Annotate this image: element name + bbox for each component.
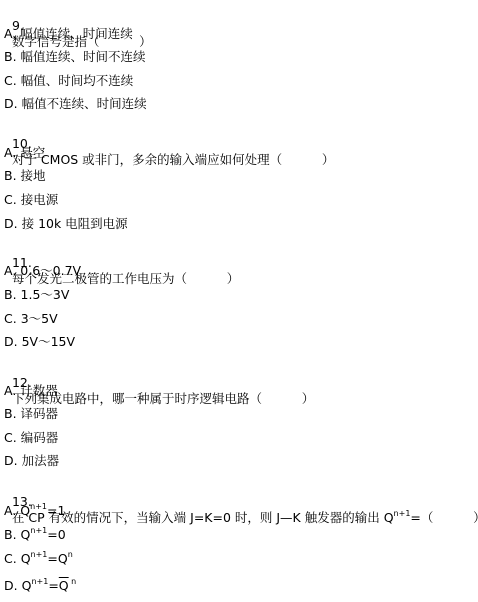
- option-text: Q: [21, 527, 31, 542]
- question-13-option-d: D. Qn+1=Q n: [4, 578, 76, 594]
- option-text: 幅值不连续、时间连续: [22, 96, 147, 111]
- option-text: 0.6～0.7V: [20, 263, 81, 278]
- question-text: 在 CP 有效的情况下，当输入端 J=K=0 时，则 J—K 触发器的输出 Q: [12, 510, 394, 525]
- question-10-stem: 10. 对于 CMOS 或非门，多余的输入端应如何处理（ ）: [4, 120, 334, 136]
- option-text: Q: [22, 578, 32, 593]
- question-13-option-a: A. Qn+1=1: [4, 503, 65, 519]
- option-text: 1.5～3V: [21, 287, 70, 302]
- option-letter: A.: [4, 383, 16, 398]
- question-10-option-a: A. 悬空: [4, 145, 45, 161]
- question-12-stem: 12. 下列集成电路中，哪一种属于时序逻辑电路（ ）: [4, 359, 314, 375]
- question-12-option-a: A. 计数器: [4, 383, 58, 399]
- option-text: 加法器: [22, 453, 60, 468]
- option-letter: A.: [4, 145, 16, 160]
- option-letter: D.: [4, 216, 18, 231]
- question-9-option-a: A. 幅值连续、时间连续: [4, 26, 133, 42]
- question-13-option-b: B. Qn+1=0: [4, 527, 66, 543]
- option-text: 编码器: [21, 430, 59, 445]
- question-12-option-b: B. 译码器: [4, 406, 58, 422]
- question-13-stem: 13. 在 CP 有效的情况下，当输入端 J=K=0 时，则 J—K 触发器的输…: [4, 478, 478, 494]
- option-letter: B.: [4, 527, 17, 542]
- option-text: 幅值、时间均不连续: [21, 73, 134, 88]
- option-letter: A.: [4, 263, 16, 278]
- option-letter: B.: [4, 168, 17, 183]
- question-10-option-d: D. 接 10k 电阻到电源: [4, 216, 128, 232]
- option-text: 译码器: [21, 406, 59, 421]
- option-text: =Q: [47, 551, 67, 566]
- question-9-option-c: C. 幅值、时间均不连续: [4, 73, 133, 89]
- question-9-option-b: B. 幅值连续、时间不连续: [4, 49, 146, 65]
- question-10-option-b: B. 接地: [4, 168, 46, 184]
- option-letter: C.: [4, 192, 17, 207]
- option-letter: C.: [4, 430, 17, 445]
- option-letter: D.: [4, 453, 18, 468]
- option-text: 3～5V: [21, 311, 58, 326]
- question-text: 对于 CMOS 或非门，多余的输入端应如何处理（ ）: [12, 152, 334, 167]
- question-10-option-c: C. 接电源: [4, 192, 58, 208]
- superscript: n: [69, 577, 77, 586]
- option-letter: D.: [4, 578, 18, 593]
- question-9-option-d: D. 幅值不连续、时间连续: [4, 96, 147, 112]
- q-bar-text: Q: [59, 578, 69, 593]
- option-text: =1: [47, 503, 65, 518]
- option-text: Q: [20, 503, 30, 518]
- option-text: Q: [21, 551, 31, 566]
- option-letter: D.: [4, 96, 18, 111]
- question-11-option-d: D. 5V～15V: [4, 334, 75, 350]
- option-text: 幅值连续、时间连续: [20, 26, 133, 41]
- option-letter: A.: [4, 503, 16, 518]
- question-12-option-d: D. 加法器: [4, 453, 59, 469]
- option-text: 接 10k 电阻到电源: [22, 216, 128, 231]
- superscript: n+1: [394, 509, 411, 518]
- option-letter: A.: [4, 26, 16, 41]
- option-text: 悬空: [20, 145, 45, 160]
- option-letter: B.: [4, 49, 17, 64]
- option-text: 接电源: [21, 192, 59, 207]
- option-text: =: [48, 578, 58, 593]
- option-text: 5V～15V: [22, 334, 75, 349]
- question-11-option-a: A. 0.6～0.7V: [4, 263, 81, 279]
- option-letter: B.: [4, 406, 17, 421]
- superscript: n+1: [30, 502, 47, 511]
- question-11-option-b: B. 1.5～3V: [4, 287, 69, 303]
- question-11-option-c: C. 3～5V: [4, 311, 58, 327]
- option-text: 接地: [21, 168, 46, 183]
- question-11-stem: 11. 每个发光二极管的工作电压为（ ）: [4, 239, 239, 255]
- option-letter: C.: [4, 73, 17, 88]
- question-13-option-c: C. Qn+1=Qn: [4, 551, 73, 567]
- question-9-stem: 9. 数字信号是指（ ）: [4, 2, 152, 18]
- superscript: n+1: [30, 526, 47, 535]
- superscript: n+1: [31, 577, 48, 586]
- option-letter: C.: [4, 311, 17, 326]
- question-text-tail: =（ ）: [410, 510, 478, 525]
- superscript: n: [68, 550, 73, 559]
- question-12-option-c: C. 编码器: [4, 430, 58, 446]
- option-text: 计数器: [20, 383, 58, 398]
- superscript: n+1: [31, 550, 48, 559]
- option-letter: C.: [4, 551, 17, 566]
- option-letter: B.: [4, 287, 17, 302]
- option-letter: D.: [4, 334, 18, 349]
- option-text: 幅值连续、时间不连续: [21, 49, 146, 64]
- option-text: =0: [47, 527, 65, 542]
